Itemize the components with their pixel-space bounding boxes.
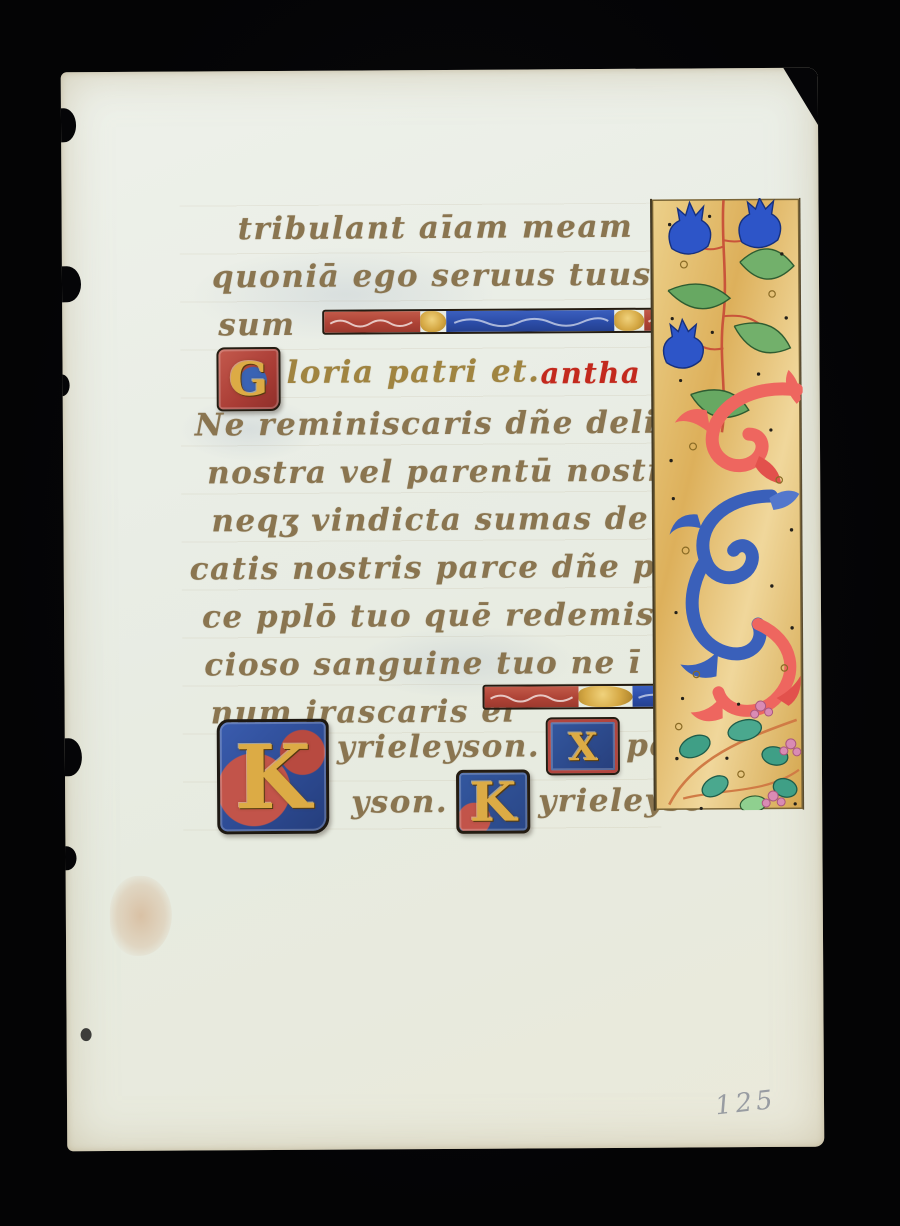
filler-red-segment — [484, 686, 578, 708]
text-line: tribulant aīam meam — [238, 207, 634, 249]
kyrie-text: yrieleyson. — [337, 726, 541, 767]
initial-letter: K — [234, 724, 311, 828]
text-line: nostra vel parentū nostror̄ — [207, 450, 705, 493]
manuscript-leaf: tribulant aīam meam quoniā ego seruus tu… — [61, 68, 825, 1152]
text-line: cioso sanguine tuo ne ī eter — [204, 642, 730, 685]
text-line: Ne reminiscaris dñe delicta — [195, 402, 715, 445]
initial-letter: G — [229, 352, 269, 406]
kyrie-text: yson. — [351, 782, 448, 823]
filler-gold-knot — [614, 310, 644, 331]
parchment-stain — [110, 876, 172, 956]
text-line: quoniā ego seruus tuus — [212, 255, 652, 298]
filler-gold-knot — [578, 686, 632, 707]
gloria-initial-g: G — [216, 347, 280, 411]
filler-blue-segment — [446, 310, 614, 332]
illuminated-border — [649, 198, 805, 811]
text-line: catis nostris parce dñe par — [190, 546, 696, 589]
kyrie-initial-x: X — [548, 719, 618, 773]
photo-background: tribulant aīam meam quoniā ego seruus tu… — [0, 0, 900, 1226]
text-line: neqʒ vindicta sumas de pec — [211, 498, 726, 541]
edge-notch — [61, 738, 82, 776]
edge-notch — [61, 266, 81, 302]
kyrie-initial-k-small: K — [456, 769, 530, 833]
gloria-text: loria patri et. — [286, 351, 540, 393]
kyrie-line-1: yrieleyson. X pele — [337, 718, 706, 774]
filler-red-segment — [324, 311, 420, 333]
folio-number: 125 — [714, 1085, 779, 1122]
edge-notch — [61, 108, 76, 142]
text-line: sum — [218, 305, 296, 345]
edge-notch — [61, 374, 70, 396]
initial-letter: K — [469, 770, 516, 834]
kyrie-initial-k-large: K — [217, 719, 330, 835]
edge-spot — [81, 1028, 92, 1041]
corner-cut — [783, 68, 819, 127]
rubric-antiphon: antha — [540, 353, 641, 394]
edge-notch — [61, 846, 77, 870]
initial-letter: X — [568, 724, 598, 769]
filler-gold-knot — [420, 311, 446, 332]
